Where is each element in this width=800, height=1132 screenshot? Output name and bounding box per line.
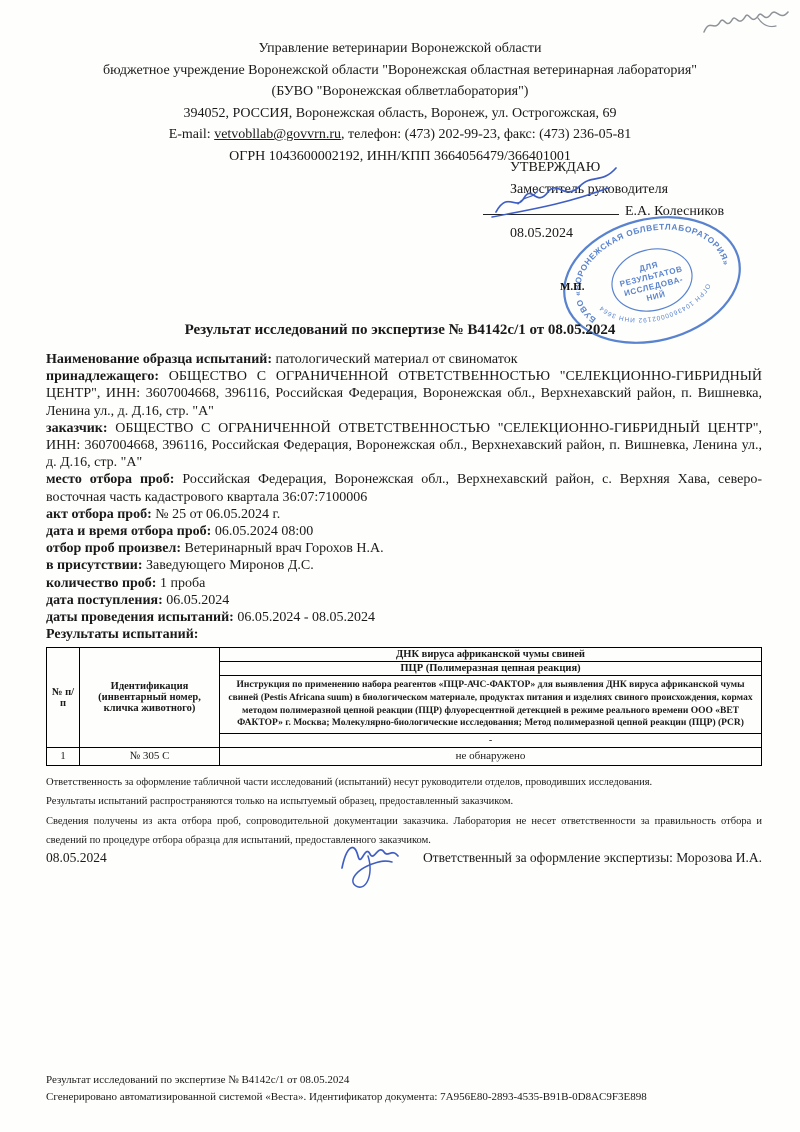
field-testing-dates: даты проведения испытаний: 06.05.2024 - … bbox=[46, 609, 762, 626]
org-address: 394052, РОССИЯ, Воронежская область, Вор… bbox=[40, 103, 760, 125]
field-receipt-date: дата поступления: 06.05.2024 bbox=[46, 592, 762, 609]
stamp-inner-ring bbox=[605, 241, 698, 320]
note-sampling-info: Сведения получены из акта отбора проб, с… bbox=[46, 812, 762, 851]
org-name-full: бюджетное учреждение Воронежской области… bbox=[40, 60, 760, 82]
phone-fax: , телефон: (473) 202-99-23, факс: (473) … bbox=[341, 127, 631, 142]
footer-generated-by: Сгенерировано автоматизированной системо… bbox=[46, 1089, 762, 1106]
approver-position: Заместитель руководителя bbox=[510, 179, 783, 201]
field-sampling-act: акт отбора проб: № 25 от 06.05.2024 г. bbox=[46, 506, 762, 523]
disclaimer-notes: Ответственность за оформление табличной … bbox=[46, 773, 762, 851]
col-id-header: Идентификация (инвентарный номер, кличка… bbox=[80, 648, 220, 747]
document-body: Наименование образца испытаний: патологи… bbox=[46, 351, 762, 851]
signature-line bbox=[483, 201, 619, 215]
signoff-date: 08.05.2024 bbox=[46, 850, 107, 866]
field-sample-count: количество проб: 1 проба bbox=[46, 575, 762, 592]
page-footer: Результат исследований по экспертизе № В… bbox=[46, 1072, 762, 1106]
org-authority: Управление ветеринарии Воронежской облас… bbox=[40, 38, 760, 60]
row-num-cell: 1 bbox=[47, 747, 80, 765]
method-full-cell: Инструкция по применению набора реагенто… bbox=[220, 676, 762, 733]
document-page: Управление ветеринарии Воронежской облас… bbox=[0, 0, 800, 1132]
results-table: № п/п Идентификация (инвентарный номер, … bbox=[46, 647, 762, 765]
stamp-center-line2: РЕЗУЛЬТАТОВ bbox=[619, 264, 684, 288]
table-row: № п/п Идентификация (инвентарный номер, … bbox=[47, 648, 762, 662]
field-sampling-place: место отбора проб: Российская Федерация,… bbox=[46, 471, 762, 505]
signature-line-row: Е.А. Колесников bbox=[483, 201, 783, 223]
field-witness: в присутствии: Заведующего Миронов Д.С. bbox=[46, 557, 762, 574]
approval-date: 08.05.2024 bbox=[510, 223, 783, 245]
field-sampling-datetime: дата и время отбора проб: 06.05.2024 08:… bbox=[46, 523, 762, 540]
field-customer: заказчик: ОБЩЕСТВО С ОГРАНИЧЕННОЙ ОТВЕТС… bbox=[46, 420, 762, 472]
letterhead: Управление ветеринарии Воронежской облас… bbox=[40, 38, 760, 167]
note-scope: Результаты испытаний распространяются то… bbox=[46, 792, 762, 812]
stamp-center-line1: ДЛЯ bbox=[638, 260, 659, 273]
approve-word: УТВЕРЖДАЮ bbox=[510, 157, 783, 179]
test-name-cell: ДНК вируса африканской чумы свиней bbox=[220, 648, 762, 662]
org-name-short: (БУВО "Воронежская облветлаборатория") bbox=[40, 81, 760, 103]
mp-seal-label: М.П. bbox=[560, 281, 584, 293]
approval-block: УТВЕРЖДАЮ Заместитель руководителя Е.А. … bbox=[483, 157, 783, 245]
page-title: Результат исследований по экспертизе № В… bbox=[40, 322, 760, 339]
field-results-heading: Результаты испытаний: bbox=[46, 626, 762, 643]
footer-expertise-ref: Результат исследований по экспертизе № В… bbox=[46, 1072, 762, 1089]
field-owner: принадлежащего: ОБЩЕСТВО С ОГРАНИЧЕННОЙ … bbox=[46, 368, 762, 420]
org-contacts: E-mail: vetvobllab@govvrn.ru, телефон: (… bbox=[40, 124, 760, 146]
stamp-center-line4: НИЙ bbox=[646, 290, 667, 303]
signoff-label: Ответственный за оформление экспертизы: … bbox=[423, 850, 762, 866]
row-result-cell: не обнаружено bbox=[220, 747, 762, 765]
approver-name: Е.А. Колесников bbox=[619, 204, 724, 219]
col-num-header: № п/п bbox=[47, 648, 80, 747]
field-sample-name: Наименование образца испытаний: патологи… bbox=[46, 351, 762, 368]
method-short-cell: ПЦР (Полимеразная цепная реакция) bbox=[220, 662, 762, 676]
table-row: 1 № 305 С не обнаружено bbox=[47, 747, 762, 765]
norm-cell: - bbox=[220, 733, 762, 747]
note-responsibility: Ответственность за оформление табличной … bbox=[46, 773, 762, 793]
email-link[interactable]: vetvobllab@govvrn.ru bbox=[214, 127, 341, 142]
email-label: E-mail: bbox=[169, 127, 211, 142]
row-id-cell: № 305 С bbox=[80, 747, 220, 765]
field-sampled-by: отбор проб произвел: Ветеринарный врач Г… bbox=[46, 540, 762, 557]
stamp-center-line3: ИССЛЕДОВА- bbox=[623, 275, 684, 298]
